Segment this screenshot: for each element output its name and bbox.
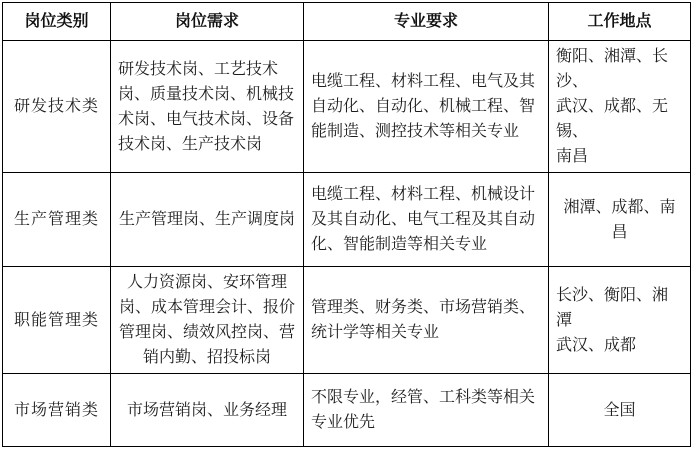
header-job-category: 岗位类别 — [3, 3, 111, 41]
recruitment-table-container: 岗位类别 岗位需求 专业要求 工作地点 研发技术类 研发技术岗、工艺技术 岗、质… — [2, 2, 691, 447]
table-row: 职能管理类 人力资源岗、安环管理 岗、成本管理会计、报价 管理岗、绩效风控岗、营… — [3, 267, 691, 374]
cell-majors: 电缆工程、材料工程、机械设计 及其自动化、电气工程及其自动 化、智能制造等相关专… — [304, 173, 549, 267]
recruitment-table: 岗位类别 岗位需求 专业要求 工作地点 研发技术类 研发技术岗、工艺技术 岗、质… — [2, 2, 691, 447]
cell-locations: 长沙、衡阳、湘潭 武汉、成都 — [549, 267, 691, 374]
header-row: 岗位类别 岗位需求 专业要求 工作地点 — [3, 3, 691, 41]
cell-majors: 不限专业，经管、工科类等相关 专业优先 — [304, 374, 549, 447]
cell-category: 市场营销类 — [3, 374, 111, 447]
cell-locations: 全国 — [549, 374, 691, 447]
cell-locations: 湘潭、成都、南昌 — [549, 173, 691, 267]
header-work-location: 工作地点 — [549, 3, 691, 41]
table-row: 生产管理类 生产管理岗、生产调度岗 电缆工程、材料工程、机械设计 及其自动化、电… — [3, 173, 691, 267]
cell-positions: 市场营销岗、业务经理 — [111, 374, 304, 447]
cell-category: 生产管理类 — [3, 173, 111, 267]
table-row: 市场营销类 市场营销岗、业务经理 不限专业，经管、工科类等相关 专业优先 全国 — [3, 374, 691, 447]
table-row: 研发技术类 研发技术岗、工艺技术 岗、质量技术岗、机械技 术岗、电气技术岗、设备… — [3, 41, 691, 173]
header-major-requirement: 专业要求 — [304, 3, 549, 41]
cell-majors: 管理类、财务类、市场营销类、 统计学等相关专业 — [304, 267, 549, 374]
cell-locations: 衡阳、湘潭、长沙、 武汉、成都、无锡、 南昌 — [549, 41, 691, 173]
header-job-demand: 岗位需求 — [111, 3, 304, 41]
cell-category: 研发技术类 — [3, 41, 111, 173]
cell-majors: 电缆工程、材料工程、电气及其 自动化、自动化、机械工程、智 能制造、测控技术等相… — [304, 41, 549, 173]
cell-positions: 研发技术岗、工艺技术 岗、质量技术岗、机械技 术岗、电气技术岗、设备 技术岗、生… — [111, 41, 304, 173]
cell-positions: 生产管理岗、生产调度岗 — [111, 173, 304, 267]
cell-category: 职能管理类 — [3, 267, 111, 374]
cell-positions: 人力资源岗、安环管理 岗、成本管理会计、报价 管理岗、绩效风控岗、营 销内勤、招… — [111, 267, 304, 374]
